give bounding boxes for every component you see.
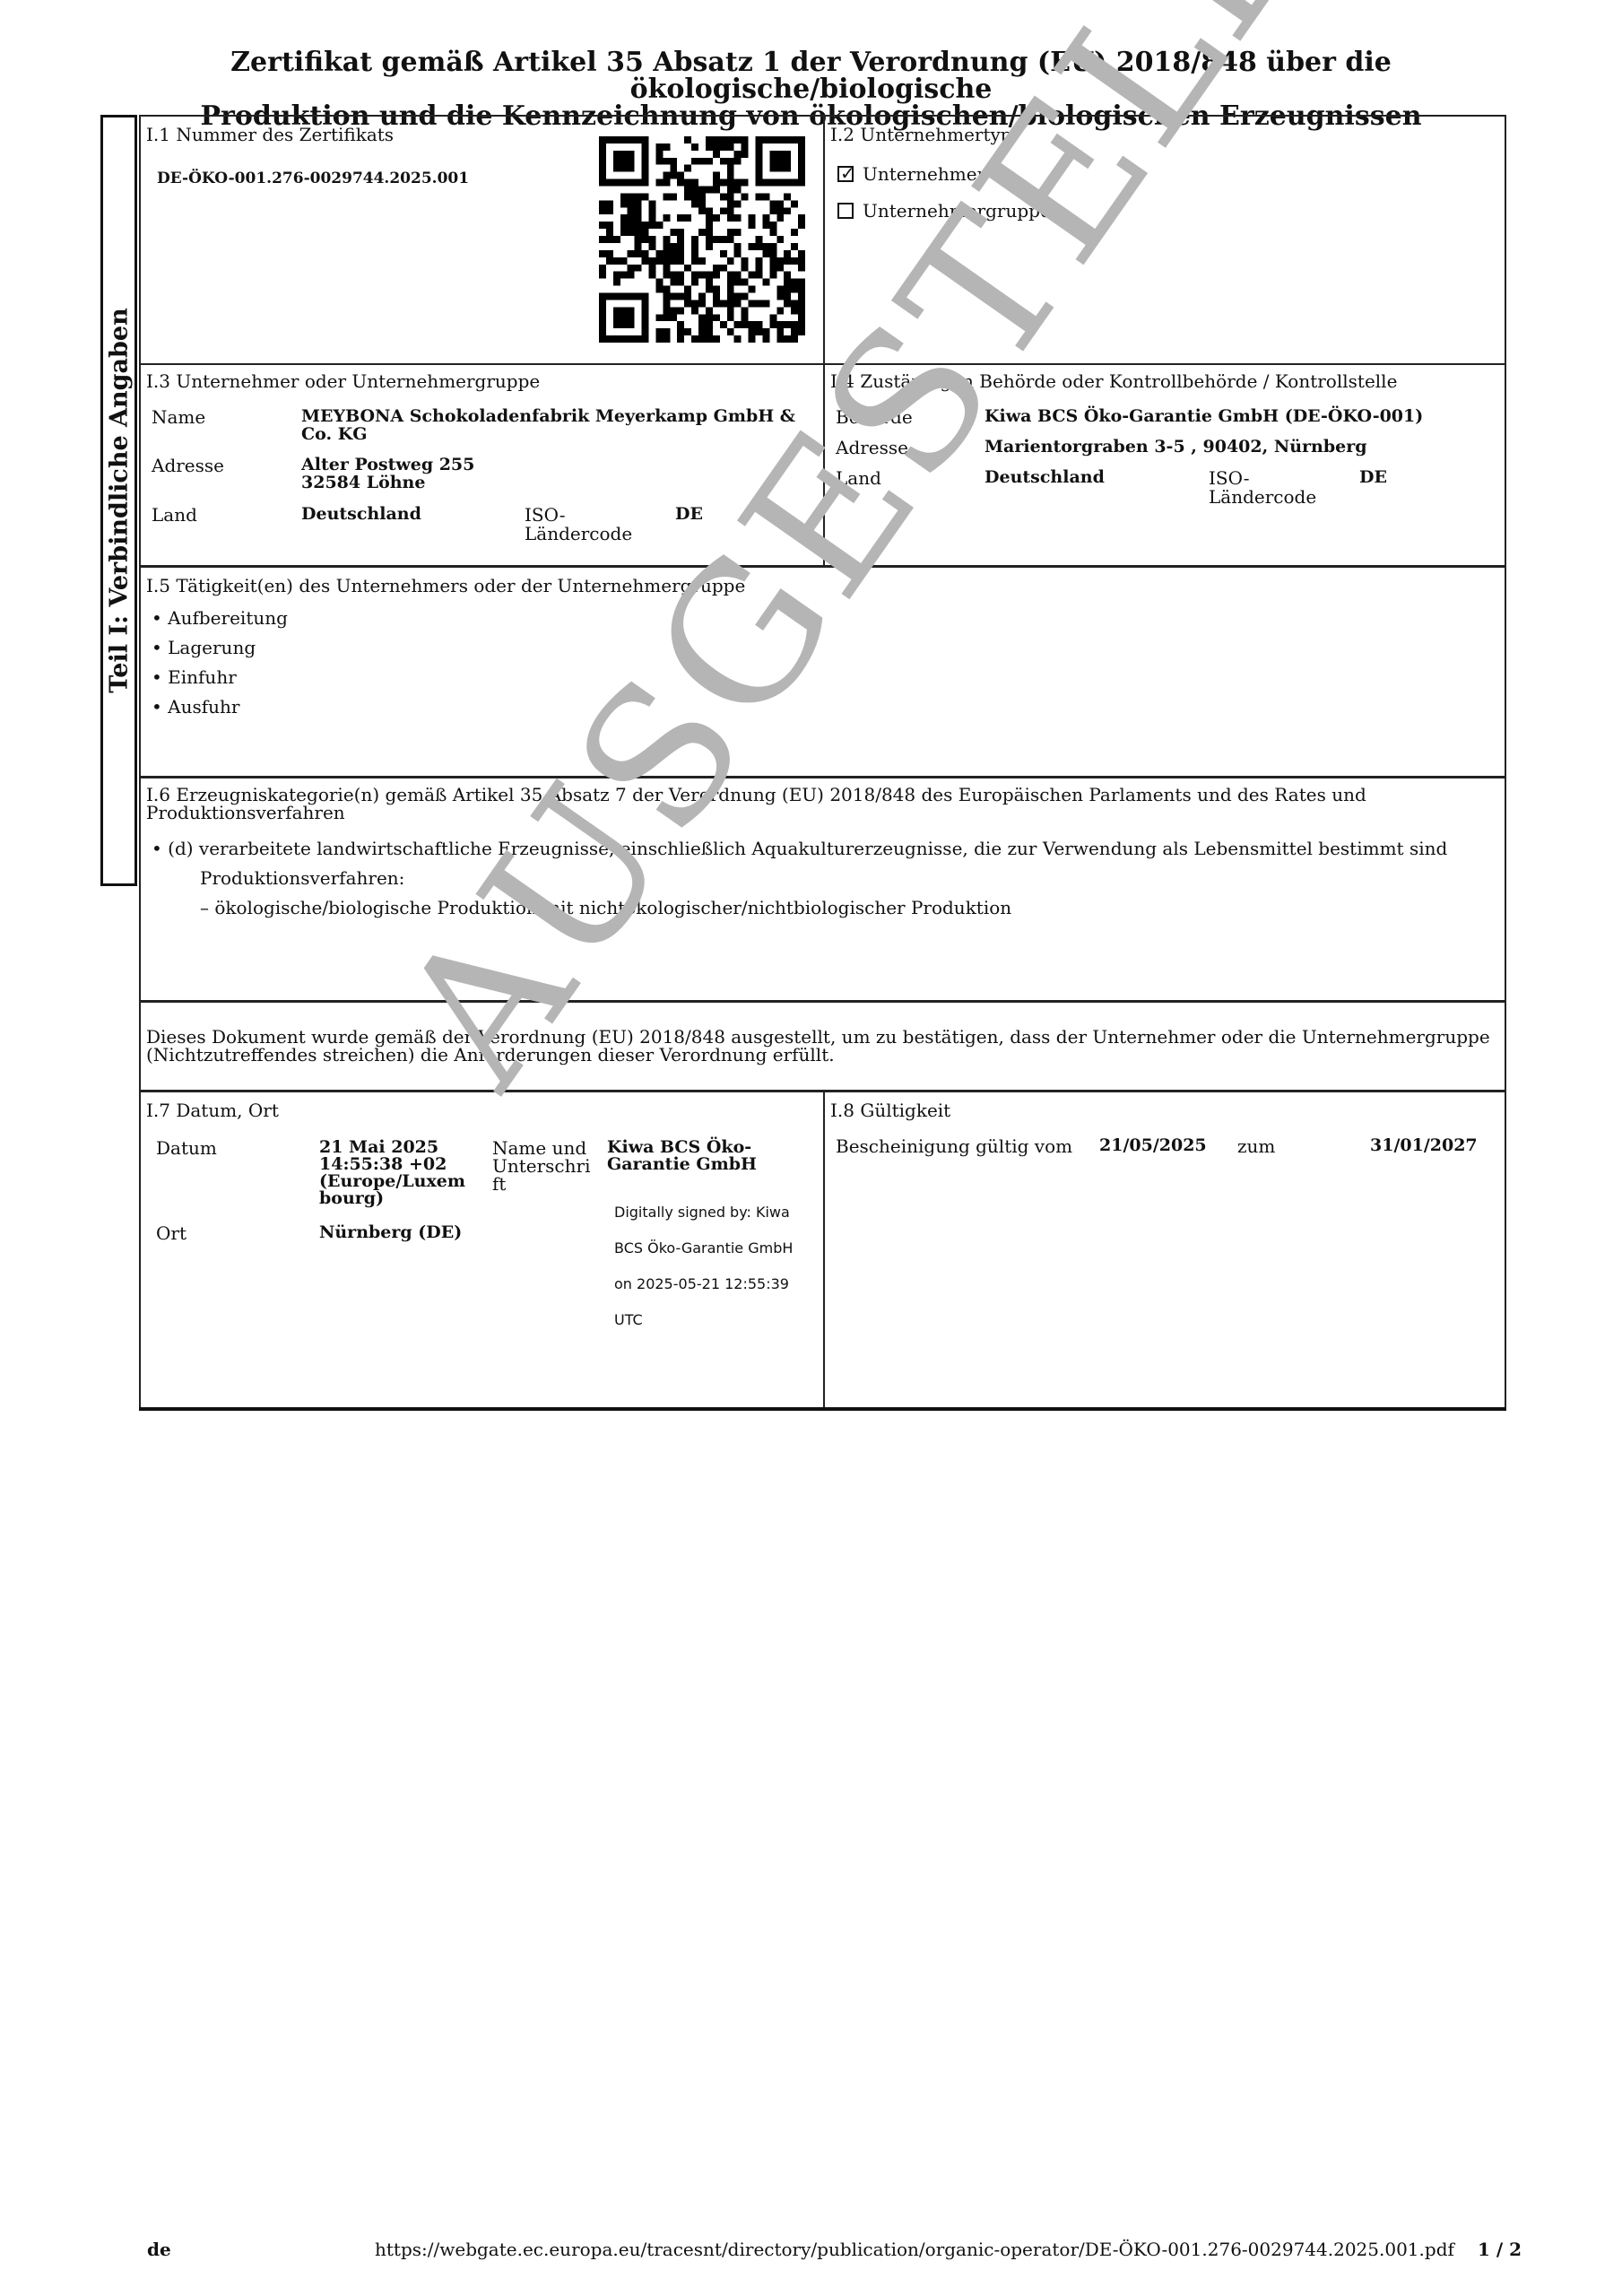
qr-code-icon [599, 136, 805, 343]
operator-iso-code: DE [675, 506, 703, 523]
checkbox-label: Unternehmer [863, 163, 985, 185]
date-label: Datum [156, 1139, 217, 1157]
section-i6: I.6 Erzeugniskategorie(n) gemäß Artikel … [139, 776, 1506, 1002]
authority-iso-code: DE [1359, 469, 1387, 486]
section-i3: I.3 Unternehmer oder Unternehmergruppe N… [139, 363, 825, 567]
i2-heading: I.2 Unternehmertyp [830, 124, 1012, 145]
authority-iso-label-2: Ländercode [1209, 488, 1316, 506]
side-label-box: Teil I: Verbindliche Angaben [100, 115, 137, 886]
operator-address-line-1: Alter Postweg 255 [301, 457, 474, 474]
table-bottom-rule [139, 1407, 1506, 1411]
country-label: Land [152, 506, 197, 524]
authority-address: Marientorgraben 3-5 , 90402, Nürnberg [984, 439, 1367, 456]
activity-item: • Einfuhr [152, 668, 237, 687]
section-statement: Dieses Dokument wurde gemäß der Verordnu… [139, 1000, 1506, 1091]
side-label: Teil I: Verbindliche Angaben [105, 308, 133, 692]
section-i8: I.8 Gültigkeit Bescheinigung gültig vom … [823, 1090, 1506, 1410]
date-line-4: bourg) [319, 1190, 384, 1207]
sign-label-line-1: Name und [492, 1139, 586, 1157]
i4-heading: I.4 Zuständigen Behörde oder Kontrollbeh… [830, 370, 1397, 392]
i8-heading: I.8 Gültigkeit [830, 1100, 950, 1121]
production-method: – ökologische/biologische Produktion mit… [200, 899, 1011, 918]
signature-line-3: on 2025-05-21 12:55:39 [614, 1266, 793, 1302]
iso-label-2: Ländercode [525, 525, 632, 543]
address-label: Adresse [152, 457, 224, 474]
signer-line-2: Garantie GmbH [607, 1156, 757, 1173]
signature-line-1: Digitally signed by: Kiwa [614, 1195, 793, 1231]
signature-line-2: BCS Öko-Garantie GmbH [614, 1231, 793, 1266]
checkbox-unternehmer[interactable]: Unternehmer [837, 163, 985, 185]
footer-language: de [147, 2239, 171, 2260]
i1-heading: I.1 Nummer des Zertifikats [146, 124, 394, 145]
valid-to-label: zum [1237, 1137, 1275, 1155]
authority-iso-label-1: ISO- [1209, 469, 1250, 487]
operator-name-line-1: MEYBONA Schokoladenfabrik Meyerkamp GmbH… [301, 408, 795, 425]
authority-country: Deutschland [984, 469, 1105, 486]
operator-name-line-2: Co. KG [301, 426, 367, 443]
footer-url-link[interactable]: https://webgate.ec.europa.eu/tracesnt/di… [375, 2239, 1454, 2260]
i5-heading: I.5 Tätigkeit(en) des Unternehmers oder … [146, 575, 745, 596]
statement-line-2: (Nichtzutreffendes streichen) die Anford… [146, 1046, 835, 1065]
product-category: • (d) verarbeitete landwirtschaftliche E… [152, 839, 1447, 858]
checkbox-label: Unternehmergruppe [863, 200, 1051, 222]
i7-heading: I.7 Datum, Ort [146, 1100, 279, 1121]
footer-page-number: 1 / 2 [1478, 2239, 1522, 2260]
place-label: Ort [156, 1224, 186, 1242]
digital-signature: Digitally signed by: Kiwa BCS Öko-Garant… [614, 1195, 793, 1338]
operator-address-line-2: 32584 Löhne [301, 474, 425, 491]
authority-name: Kiwa BCS Öko-Garantie GmbH (DE-ÖKO-001) [984, 408, 1423, 425]
name-label: Name [152, 408, 205, 426]
section-i5: I.5 Tätigkeit(en) des Unternehmers oder … [139, 565, 1506, 778]
activity-item: • Ausfuhr [152, 698, 239, 717]
authority-label: Behörde [836, 408, 913, 426]
section-i4: I.4 Zuständigen Behörde oder Kontrollbeh… [823, 363, 1506, 567]
i3-heading: I.3 Unternehmer oder Unternehmergruppe [146, 370, 540, 392]
sign-label-line-2: Unterschri [492, 1157, 590, 1175]
valid-from-label: Bescheinigung gültig vom [836, 1137, 1072, 1155]
checkbox-unchecked-icon[interactable] [837, 203, 854, 219]
authority-address-label: Adresse [836, 439, 908, 457]
signature-line-4: UTC [614, 1302, 793, 1338]
authority-country-label: Land [836, 469, 881, 487]
section-i2: I.2 Unternehmertyp Unternehmer Unternehm… [823, 115, 1506, 365]
operator-country: Deutschland [301, 506, 421, 523]
checkbox-checked-icon[interactable] [837, 166, 854, 182]
valid-from-date: 21/05/2025 [1099, 1137, 1207, 1154]
certificate-number: DE-ÖKO-001.276-0029744.2025.001 [157, 170, 469, 187]
place-value: Nürnberg (DE) [319, 1224, 462, 1241]
section-i7: I.7 Datum, Ort Datum 21 Mai 2025 14:55:3… [139, 1090, 825, 1410]
title-line-1: Zertifikat gemäß Artikel 35 Absatz 1 der… [90, 49, 1532, 103]
activity-item: • Aufbereitung [152, 609, 288, 628]
production-method-label: Produktionsverfahren: [200, 869, 404, 888]
sign-label-line-3: ft [492, 1175, 506, 1193]
valid-to-date: 31/01/2027 [1370, 1137, 1478, 1154]
iso-label-1: ISO- [525, 506, 566, 524]
i6-heading-line-2: Produktionsverfahren [146, 804, 345, 822]
activity-item: • Lagerung [152, 639, 256, 657]
checkbox-unternehmergruppe[interactable]: Unternehmergruppe [837, 200, 1051, 222]
